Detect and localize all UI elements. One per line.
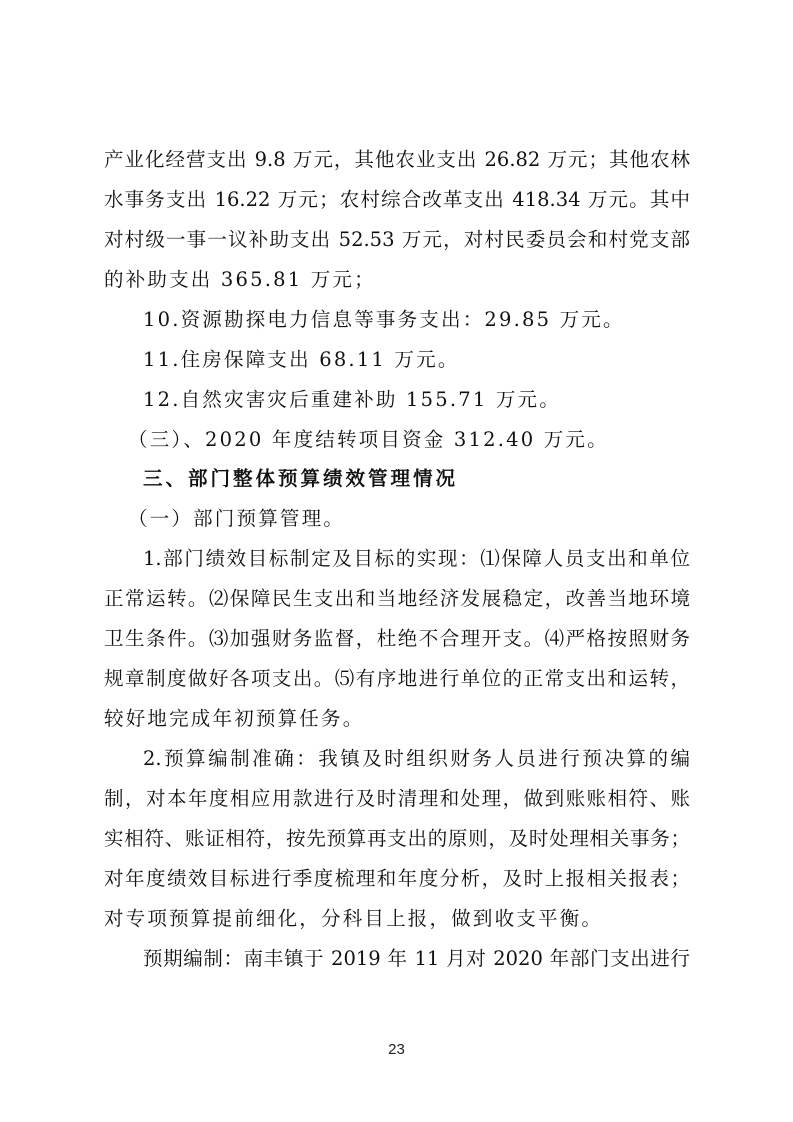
paragraph-line: 较好地完成年初预算任务。	[104, 707, 364, 731]
paragraph-line: 的补助支出 365.81 万元；	[104, 268, 376, 292]
paragraph-line: 产业化经营支出 9.8 万元，其他农业支出 26.82 万元；其他农林	[104, 148, 690, 172]
paragraph-line: 2.预算编制准确：我镇及时组织财务人员进行预决算的编	[143, 747, 690, 771]
page-number: 23	[0, 1041, 793, 1058]
paragraph-line: 预期编制：南丰镇于 2019 年 11 月对 2020 年部门支出进行	[143, 947, 690, 971]
paragraph-line: 水事务支出 16.22 万元；农村综合改革支出 418.34 万元。其中	[104, 188, 690, 212]
document-page: 产业化经营支出 9.8 万元，其他农业支出 26.82 万元；其他农林 水事务支…	[0, 0, 793, 1122]
paragraph-line: 实相符、账证相符，按先预算再支出的原则，及时处理相关事务；	[104, 827, 690, 851]
paragraph-line: 规章制度做好各项支出。⑸有序地进行单位的正常支出和运转，	[104, 667, 690, 691]
section-heading: 三、部门整体预算绩效管理情况	[143, 467, 458, 491]
paragraph-line: 对村级一事一议补助支出 52.53 万元，对村民委员会和村党支部	[104, 228, 690, 252]
list-item-10: 10.资源勘探电力信息等事务支出：29.85 万元。	[143, 308, 625, 332]
paragraph-line: 对年度绩效目标进行季度梳理和年度分析，及时上报相关报表；	[104, 867, 690, 891]
paragraph-line: 制，对本年度相应用款进行及时清理和处理，做到账账相符、账	[104, 787, 690, 811]
list-item-12: 12.自然灾害灾后重建补助 155.71 万元。	[143, 388, 561, 412]
subsection-heading-1: （一）部门预算管理。	[128, 507, 345, 531]
subsection-heading-3: （三）、2020 年度结转项目资金 312.40 万元。	[128, 428, 609, 452]
paragraph-line: 对专项预算提前细化，分科目上报，做到收支平衡。	[104, 907, 603, 931]
paragraph-line: 正常运转。⑵保障民生支出和当地经济发展稳定，改善当地环境	[104, 587, 690, 611]
paragraph-line: 卫生条件。⑶加强财务监督，杜绝不合理开支。⑷严格按照财务	[104, 627, 690, 651]
list-item-11: 11.住房保障支出 68.11 万元。	[143, 348, 460, 372]
paragraph-line: 1.部门绩效目标制定及目标的实现：⑴保障人员支出和单位	[143, 547, 690, 571]
